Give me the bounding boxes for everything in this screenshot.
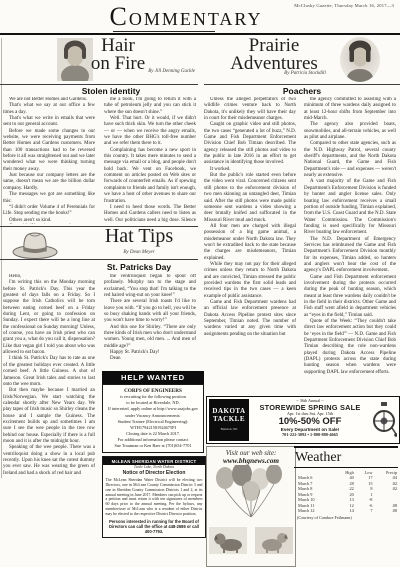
water-district-banner: McLEAN SHERIDAN WATER DISTRICT: [103, 457, 205, 465]
poachers-column-2: the agency committed to assisting with a…: [304, 97, 396, 398]
balloons-image: [209, 465, 289, 521]
dog-photo: [209, 527, 247, 554]
water-district-footer: Persons interested in running for the Bo…: [103, 518, 205, 537]
column-title-prairie-adventures: Prairie Adventures: [220, 37, 328, 72]
byline-jill: By Jill Denning Gackle: [95, 69, 195, 74]
byline-dean: By Dean Meyer: [70, 250, 208, 255]
heading-stolen-identity: Stolen identity: [12, 86, 210, 96]
dakota-tackle-address: Bismarck, ND: [221, 425, 238, 433]
weather-section: Weather HighLowPrecipMarch 64017.04March…: [294, 446, 398, 520]
rule-left: [0, 84, 198, 85]
masthead-rule: [0, 33, 400, 36]
weather-title: Weather: [294, 448, 398, 466]
cowboy-hat-image: [11, 229, 59, 260]
weather-courtesy: (Courtesy of Candace Feilmann): [294, 515, 398, 520]
stolen-identity-column-1: We are not Better Homes and Gardens.That…: [3, 97, 95, 224]
weather-title-rule: [294, 467, 398, 468]
website-promo-line1: Visit our web site:: [209, 449, 293, 457]
st-patricks-column-2: the ventriloquist began to spout off pro…: [104, 274, 196, 369]
heading-poachers: Poachers: [204, 86, 400, 96]
title-underline: [113, 31, 215, 32]
newspaper-page: McClusky Gazette, Thursday March 16, 201…: [0, 0, 400, 567]
scan-edge-line: [1, 38, 2, 478]
dog-photo: [255, 527, 293, 554]
fishing-reel-icon: [369, 397, 399, 443]
rule-right: [204, 84, 400, 85]
heading-st-patricks-day: St. Patricks Day: [80, 262, 198, 272]
hat-tips-bottom-rule: [0, 259, 198, 260]
page-title: Commentary: [0, 3, 372, 31]
website-promo-url: www.bhgnews.com: [209, 457, 293, 465]
column-title-hair-on-fire: Hair on Fire: [80, 37, 156, 72]
website-promo-ad: Visit our web site: www.bhgnews.com: [206, 446, 296, 567]
dakota-tackle-sale-text: ~ 36th Annual ~ STOREWIDE SPRING SALE Ap…: [251, 397, 369, 443]
weather-table: HighLowPrecipMarch 64017.04March 72815.0…: [294, 470, 398, 514]
dog-photos-row: [209, 527, 293, 554]
water-district-notice: McLEAN SHERIDAN WATER DISTRICT Turtle La…: [102, 456, 206, 538]
help-wanted-ad: HELP WANTED CORPS OF ENGINEERSis recruit…: [102, 371, 204, 453]
dakota-tackle-ad: DAKOTA TACKLE Bismarck, ND ~ 36th Annual…: [206, 396, 400, 444]
help-wanted-banner: HELP WANTED: [102, 371, 204, 384]
hair-on-fire-header: Hair on Fire By Jill Denning Gackle: [0, 36, 198, 84]
water-district-body: The McLean Sheridan Water District will …: [103, 477, 205, 518]
byline-patricia: By Patricia Stockdill: [240, 71, 370, 76]
column-title-hat-tips: Hat Tips: [70, 228, 208, 246]
help-wanted-text: CORPS OF ENGINEERSis recruiting for the …: [102, 384, 204, 453]
stolen-identity-column-2: me a book, I'm going to return it with a…: [104, 97, 196, 224]
prairie-adventures-header: Prairie Adventures By Patricia Stockdill: [204, 36, 400, 84]
poachers-column-1: Unless the alleged perpetrators of two w…: [204, 97, 296, 398]
st-patricks-column-1: Hello,I'm writing this on the Monday mor…: [3, 274, 95, 502]
dakota-tackle-logo: DAKOTA TACKLE Bismarck, ND: [209, 399, 249, 441]
